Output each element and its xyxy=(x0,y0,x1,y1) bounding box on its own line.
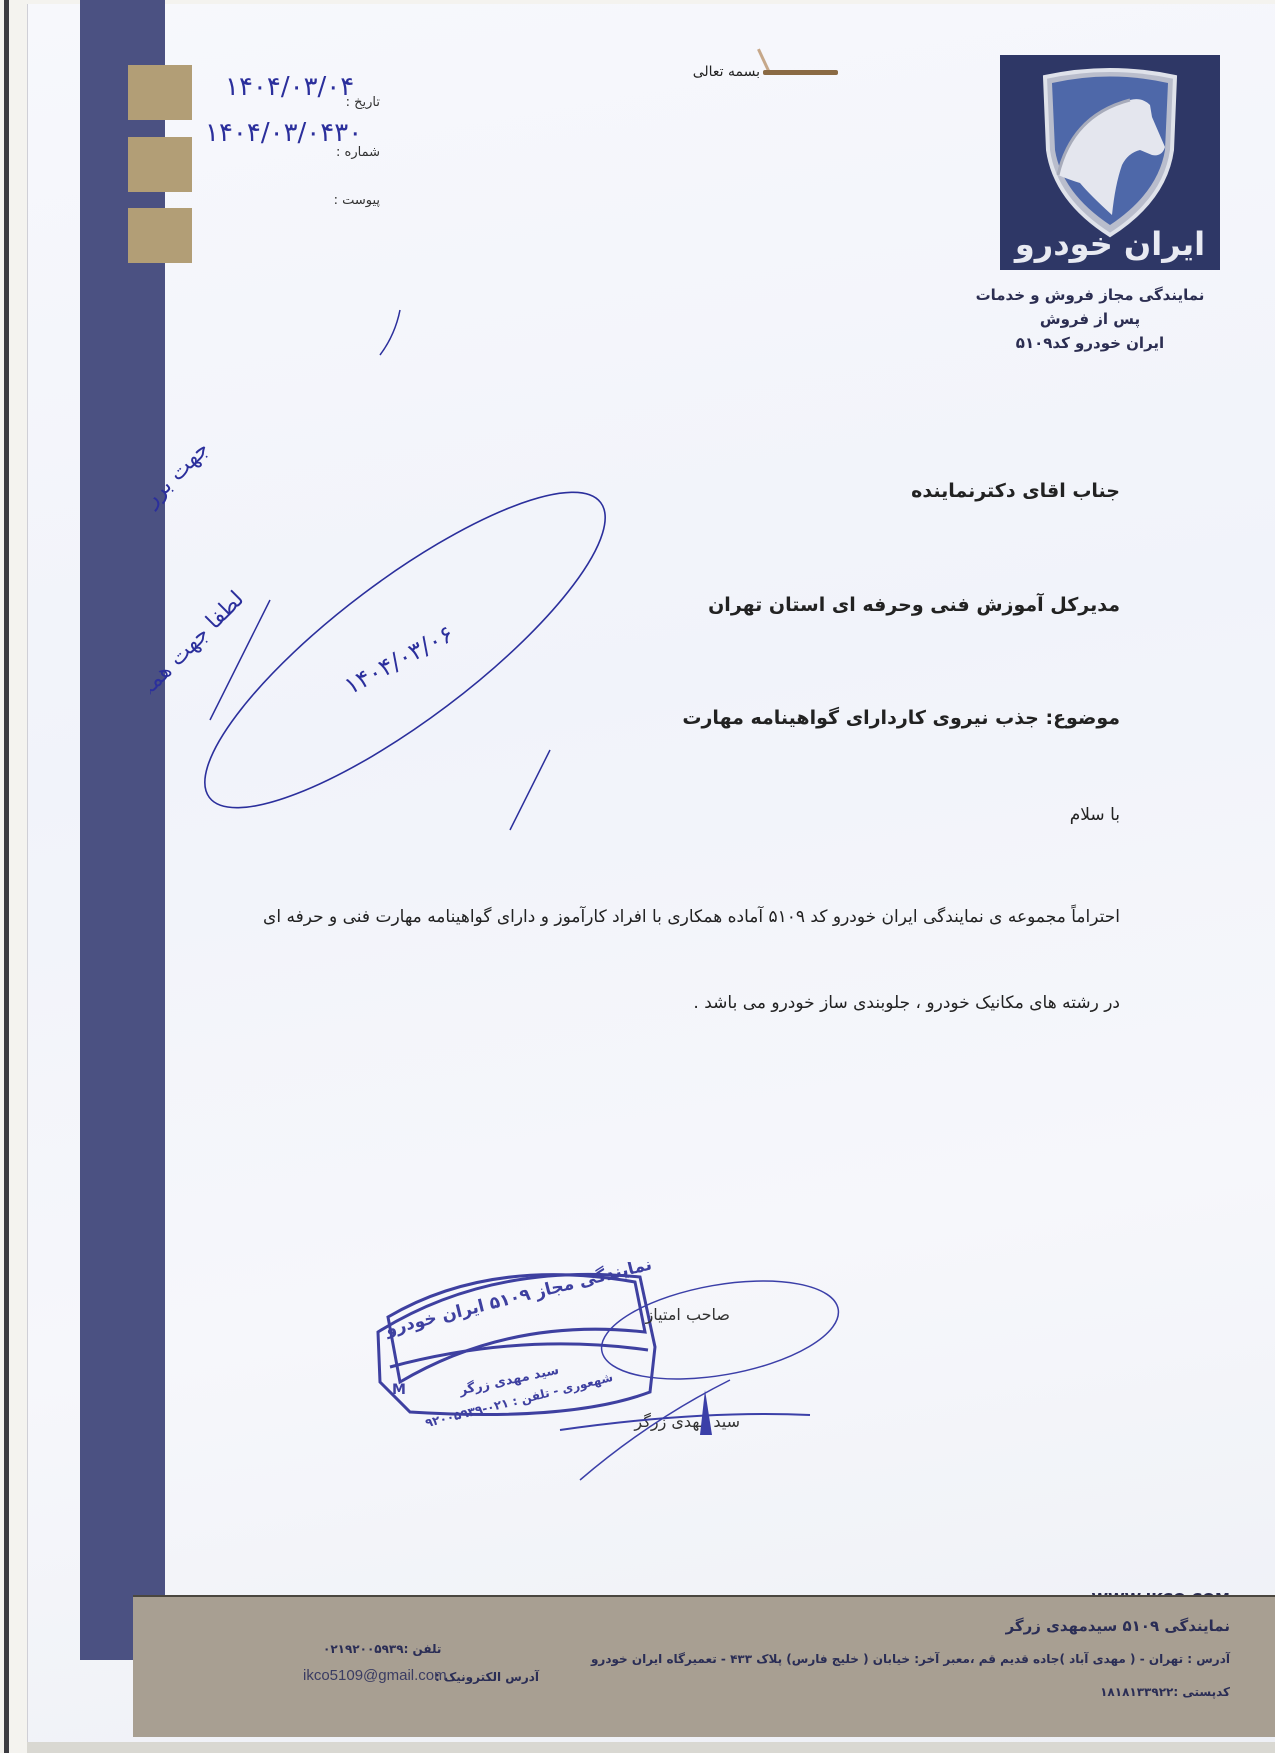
handwritten-annotation: جهت بررسی درستکاری لطفا جهت همکاری در قا… xyxy=(150,300,670,860)
footer-email-label: آدرس الکترونیک : xyxy=(435,1670,539,1684)
ikco-logo: ایران خودرو xyxy=(1000,55,1220,270)
subject-line: موضوع: جذب نیروی کاردارای گواهینامه مهار… xyxy=(682,707,1120,729)
body-paragraph-line1: احتراماً مجموعه ی نمایندگی ایران خودرو ک… xyxy=(230,907,1120,927)
date-value: ۱۴۰۴/۰۳/۰۴ xyxy=(225,72,354,102)
number-value: ۱۴۰۴/۰۳/۰۴۳۰ xyxy=(205,118,362,148)
addressee-line2: مدیرکل آموزش فنی وحرفه ای استان تهران xyxy=(708,594,1120,616)
svg-text:M: M xyxy=(392,1382,406,1398)
scan-bottom-edge xyxy=(27,1742,1275,1753)
bismillah-heading: بسمه تعالی xyxy=(660,64,760,80)
footer-address: آدرس : تهران - ( مهدی آباد )جاده قدیم قم… xyxy=(591,1652,1230,1666)
footer-agency-name: نمایندگی ۵۱۰۹ سیدمهدی زرگر xyxy=(1006,1617,1230,1635)
dealer-subtitle: نمایندگی مجاز فروش و خدمات پس از فروش ای… xyxy=(960,283,1220,355)
addressee-line1: جناب اقای دکترنماینده xyxy=(911,480,1120,502)
scan-edge xyxy=(4,0,9,1753)
svg-text:جهت بررسی درستکاری: جهت بررسی درستکاری xyxy=(150,437,214,608)
svg-text:۱۴۰۴/۰۳/۰۶: ۱۴۰۴/۰۳/۰۶ xyxy=(340,620,458,701)
greeting: با سلام xyxy=(1070,805,1120,825)
dealer-subtitle-line2: ایران خودرو کد۵۱۰۹ xyxy=(960,331,1220,355)
svg-text:لطفا جهت همکاری در قالب ...: لطفا جهت همکاری در قالب ... xyxy=(150,587,249,803)
footer-phone: تلفن :۰۲۱۹۲۰۰۵۹۳۹ xyxy=(323,1642,441,1656)
handwritten-signature xyxy=(550,1270,840,1490)
horse-shield-icon: ایران خودرو xyxy=(1000,55,1220,270)
footer-postal-code: کدپستی :۱۸۱۸۱۳۳۹۲۲ xyxy=(1100,1685,1230,1699)
footer-band: نمایندگی ۵۱۰۹ سیدمهدی زرگر آدرس : تهران … xyxy=(133,1595,1275,1737)
body-paragraph-line2: در رشته های مکانیک خودرو ، جلوبندی ساز خ… xyxy=(693,993,1120,1013)
attachment-label: پیوست : xyxy=(300,193,380,208)
footer-email[interactable]: ikco5109@gmail.com xyxy=(303,1667,447,1684)
decor-square-2 xyxy=(128,137,192,192)
dealer-subtitle-line1: نمایندگی مجاز فروش و خدمات پس از فروش xyxy=(960,283,1220,331)
decor-square-3 xyxy=(128,208,192,263)
svg-text:ایران خودرو: ایران خودرو xyxy=(1013,225,1205,263)
decor-square-1 xyxy=(128,65,192,120)
tape-strip xyxy=(763,70,838,75)
